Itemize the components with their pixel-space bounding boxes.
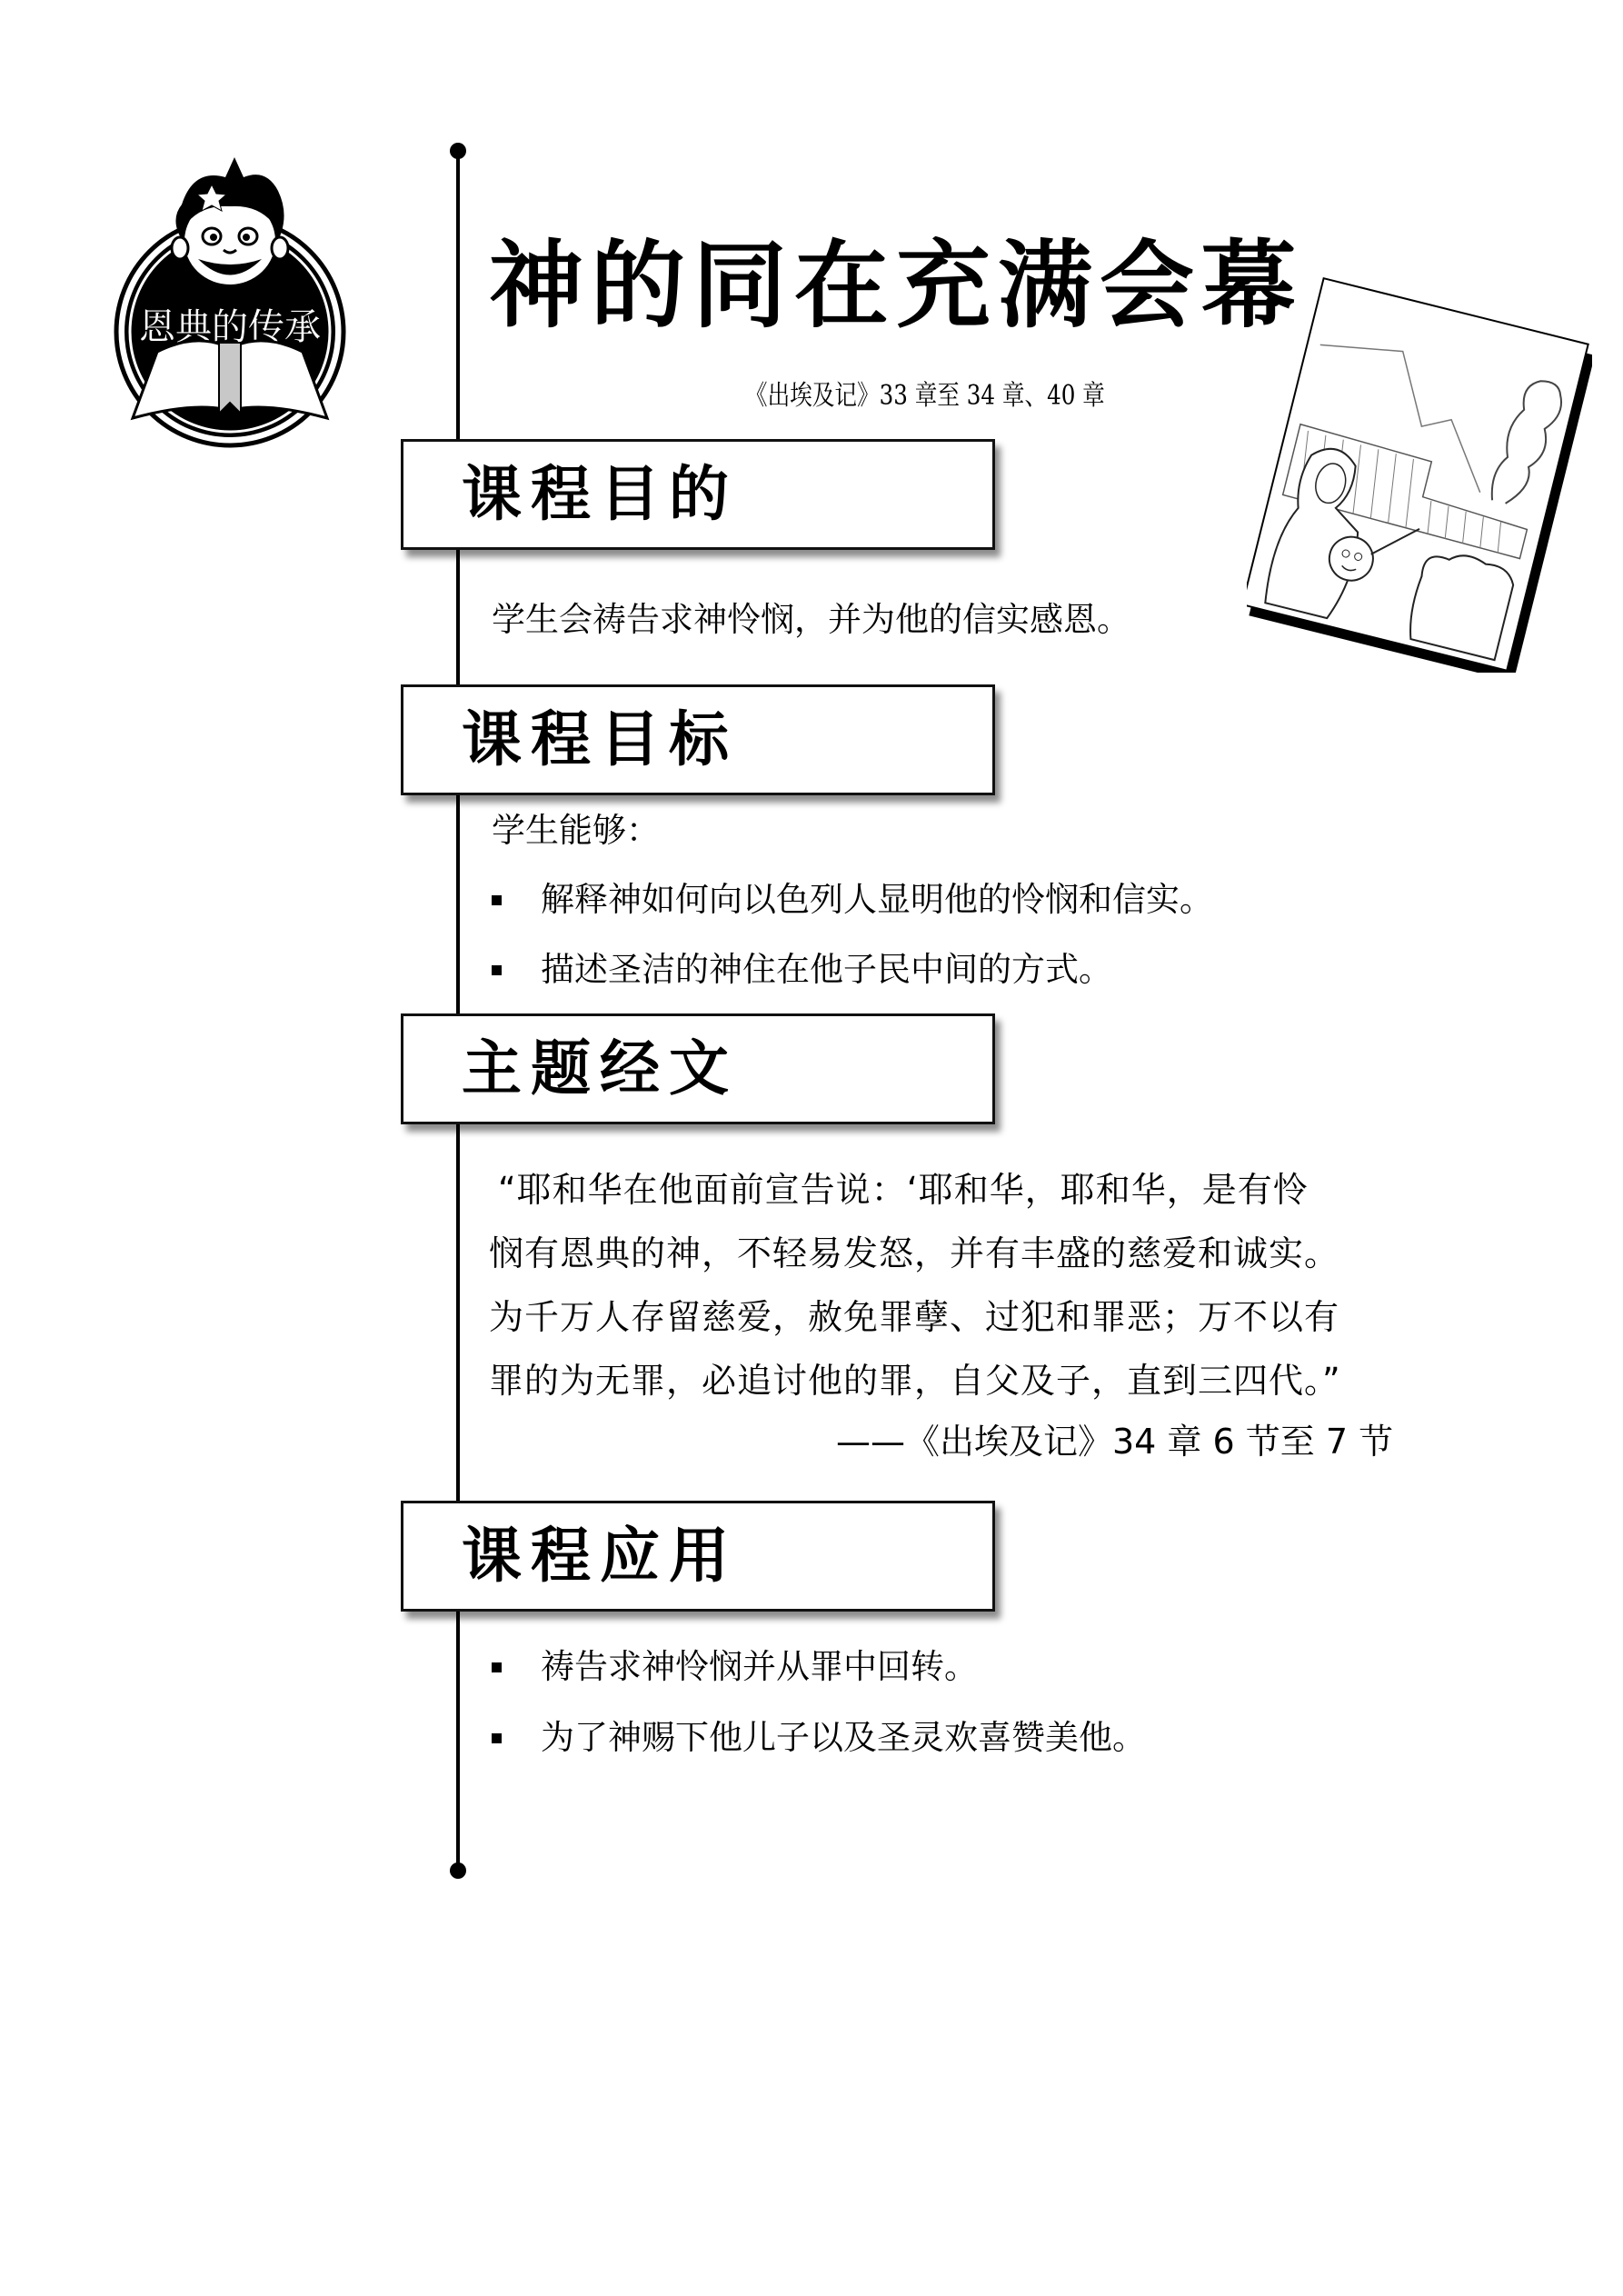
section-heading: 课程目的: [462, 458, 738, 530]
timeline-top-dot: [450, 143, 466, 159]
section-objectives-header: 课程目标: [401, 684, 995, 795]
boy-reading-book-logo-icon: 恩典的传承: [107, 150, 353, 450]
bullet-square-icon: [492, 1662, 502, 1672]
timeline-bottom-dot: [450, 1862, 466, 1879]
section-heading: 课程目标: [462, 704, 738, 775]
tabernacle-illustration-icon: [1247, 273, 1592, 673]
verse-line: 悯有恩典的神，不轻易发怒，并有丰盛的慈爱和诚实。: [489, 1225, 1339, 1275]
objectives-intro: 学生能够：: [492, 811, 660, 851]
verse-line: 罪的为无罪，必追讨他的罪，自父及子，直到三四代。”: [489, 1353, 1341, 1403]
bullet-square-icon: [492, 895, 502, 905]
logo: 恩典的传承: [107, 150, 353, 450]
scripture-range: 《出埃及记》33 章至 34 章、40 章: [745, 373, 1105, 413]
verse-reference: ——《出埃及记》34 章 6 节至 7 节: [836, 1413, 1393, 1463]
list-item: 描述圣洁的神住在他子民中间的方式。: [492, 950, 1112, 990]
section-purpose-header: 课程目的: [401, 439, 995, 550]
timeline-line: [456, 151, 460, 1871]
list-item: 解释神如何向以色列人显明他的怜悯和信实。: [492, 880, 1213, 920]
verse-line: “耶和华在他面前宣告说：‘耶和华，耶和华，是有怜: [498, 1162, 1309, 1212]
section-heading: 课程应用: [462, 1520, 738, 1592]
page-title: 神的同在充满会幕: [489, 238, 1303, 333]
section-key-verse-header: 主题经文: [401, 1013, 995, 1124]
list-item: 为了神赐下他儿子以及圣灵欢喜赞美他。: [492, 1718, 1146, 1758]
section-heading: 主题经文: [462, 1033, 738, 1104]
bullet-square-icon: [492, 1733, 502, 1743]
list-item: 祷告求神怜悯并从罪中回转。: [492, 1647, 978, 1687]
verse-line: 为千万人存留慈爱，赦免罪孽、过犯和罪恶；万不以有: [489, 1289, 1339, 1339]
section-application-header: 课程应用: [401, 1501, 995, 1612]
purpose-text: 学生会祷告求神怜悯，并为他的信实感恩。: [492, 600, 1130, 640]
lesson-illustration: [1247, 273, 1592, 673]
bullet-square-icon: [492, 965, 502, 975]
